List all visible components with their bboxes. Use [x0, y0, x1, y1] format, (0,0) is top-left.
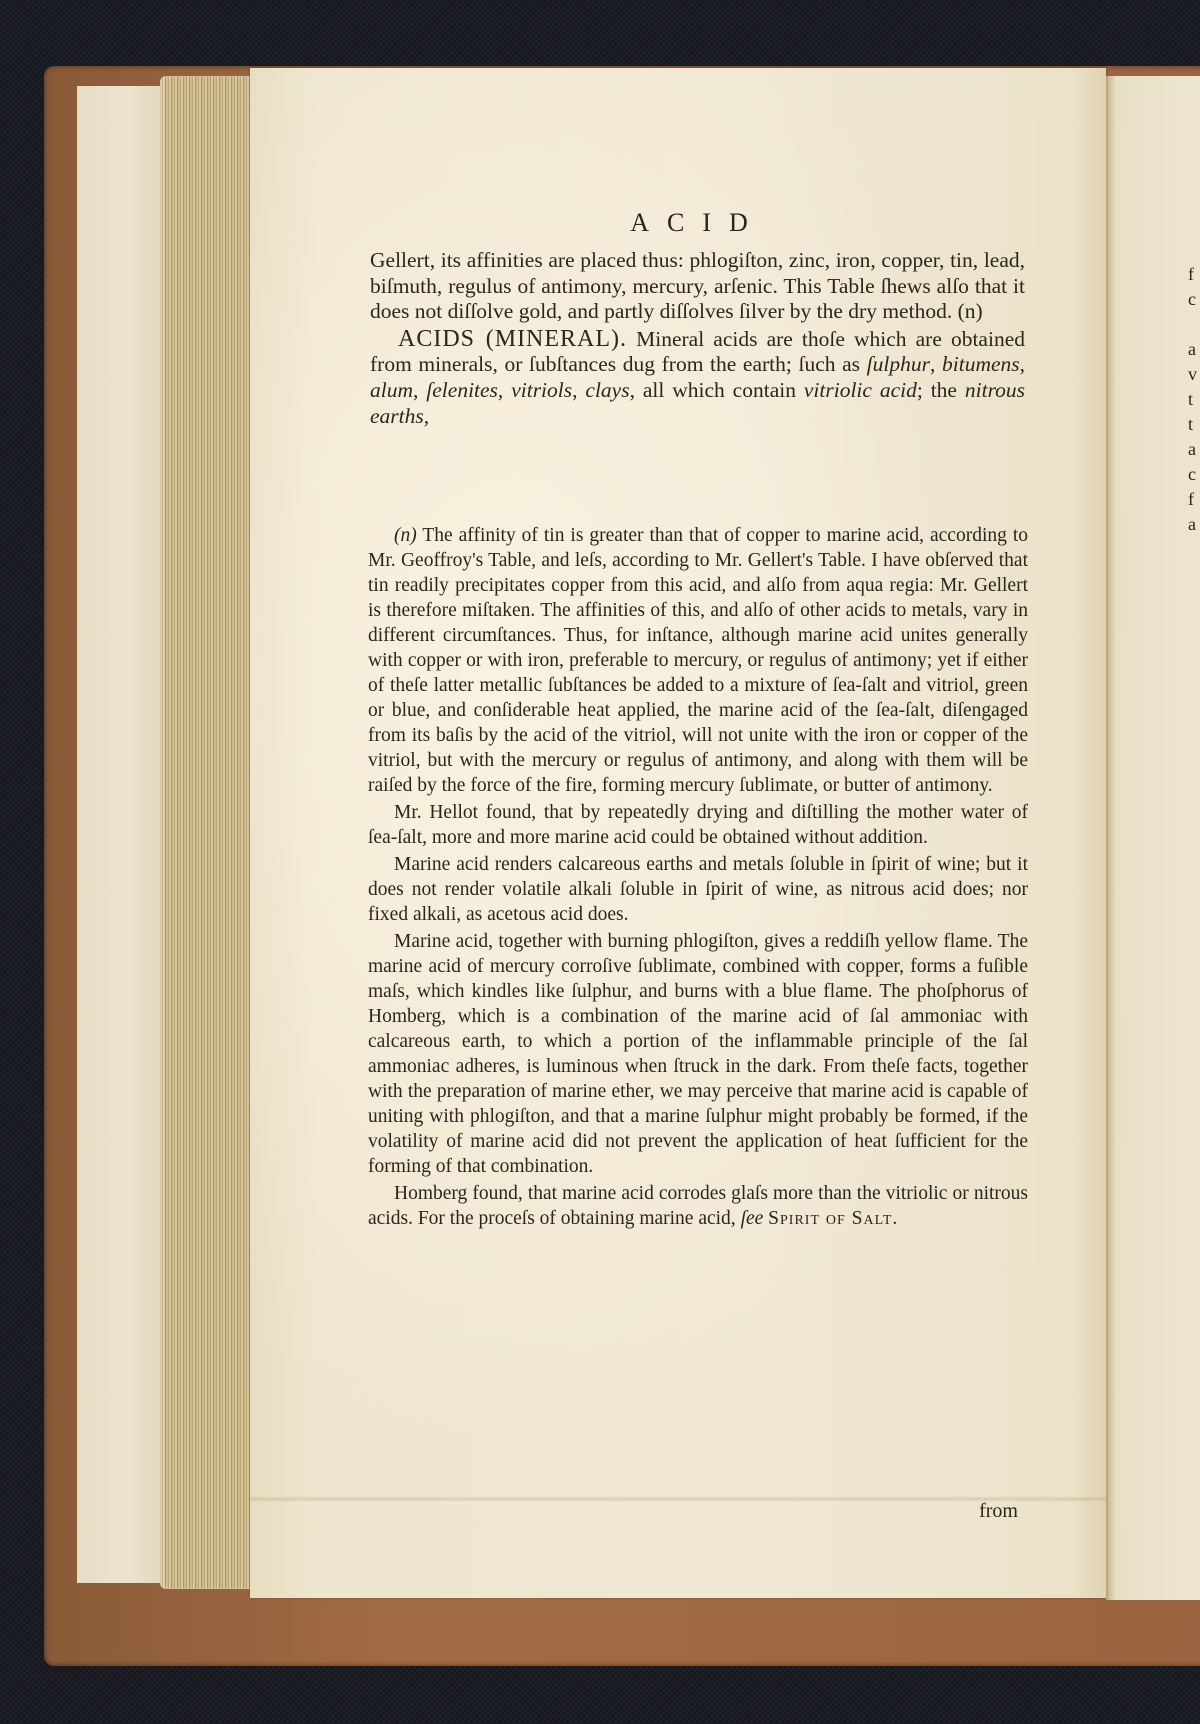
- example-term: ſelenites: [426, 378, 498, 402]
- footnote-paragraph: Homberg found, that marine acid corrodes…: [368, 1181, 1028, 1231]
- text-fragment: a: [1188, 437, 1200, 462]
- text-fragment: t: [1188, 412, 1200, 437]
- entry-text: , all which contain: [630, 378, 804, 402]
- page-fold-shadow: [250, 1496, 1106, 1502]
- continuation-paragraph: Gellert, its affinities are placed thus:…: [370, 248, 1025, 325]
- footnote-paragraph: Marine acid renders calcareous earths an…: [368, 852, 1028, 927]
- footnote-paragraph: (n) The affinity of tin is greater than …: [368, 523, 1028, 798]
- cross-reference: Spirit of Salt.: [768, 1208, 898, 1229]
- text-fragment: c: [1188, 287, 1200, 312]
- example-term: clays: [585, 378, 629, 402]
- text-fragment: c: [1188, 462, 1200, 487]
- footnote-block: (n) The affinity of tin is greater than …: [368, 523, 1028, 1231]
- text-fragment: v: [1188, 362, 1200, 387]
- italic-term: vitriolic acid: [804, 378, 917, 402]
- entry-text: ; the: [917, 378, 965, 402]
- facing-page-edge: [1106, 76, 1200, 1600]
- running-head: ACID: [250, 208, 1126, 238]
- flyleaf: [77, 86, 162, 1583]
- footnote-text: The affinity of tin is greater than that…: [368, 525, 1028, 796]
- example-term: ſulphur: [867, 352, 930, 376]
- see-label: ſee: [741, 1208, 764, 1229]
- text-fragment: t: [1188, 387, 1200, 412]
- example-term: alum: [370, 378, 413, 402]
- text-fragment: [1188, 312, 1200, 337]
- book-page: ACID Gellert, its affinities are placed …: [250, 68, 1106, 1598]
- catchword: from: [979, 1500, 1018, 1523]
- text-fragment: a: [1188, 337, 1200, 362]
- main-text: Gellert, its affinities are placed thus:…: [370, 248, 1025, 429]
- footnote-paragraph: Mr. Hellot found, that by repeatedly dry…: [368, 800, 1028, 850]
- example-term: bitumens: [942, 352, 1020, 376]
- facing-page-text-fragments: f c a v t t a c f a: [1188, 262, 1200, 537]
- page-edges-stack: [160, 76, 252, 1589]
- footnote-paragraph: Marine acid, together with burning phlog…: [368, 929, 1028, 1179]
- footnote-text: Homberg found, that marine acid corrodes…: [368, 1183, 1028, 1229]
- footnote-marker: (n): [394, 525, 417, 546]
- text-fragment: f: [1188, 487, 1200, 512]
- text-fragment: f: [1188, 262, 1200, 287]
- entry-acids-mineral: ACIDS (MINERAL). Mineral acids are thoſe…: [370, 327, 1025, 429]
- headword: ACIDS (MINERAL).: [398, 326, 627, 352]
- text-fragment: a: [1188, 512, 1200, 537]
- example-term: vitriols: [511, 378, 572, 402]
